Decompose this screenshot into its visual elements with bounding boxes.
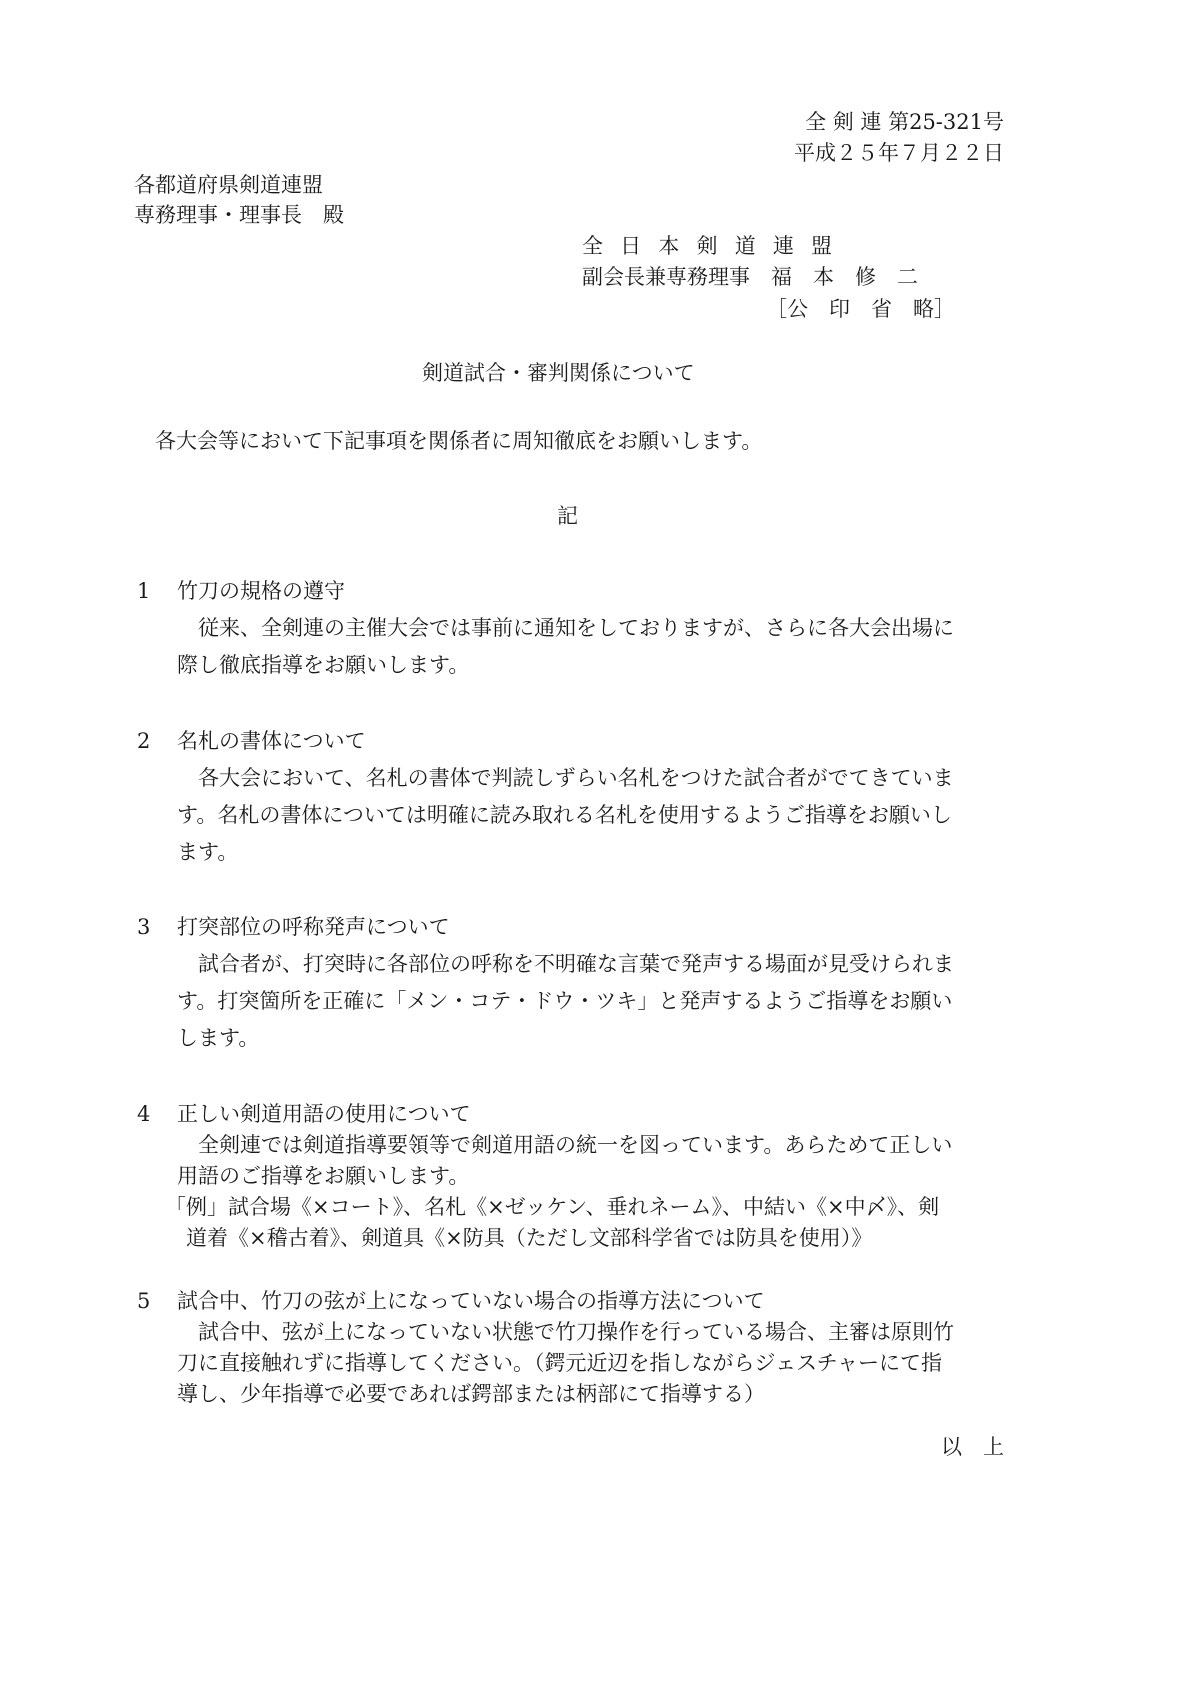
ki-marker: 記 xyxy=(557,506,578,527)
closing-mark: 以 上 xyxy=(941,1437,1004,1458)
item-number: 3 xyxy=(137,917,150,938)
item-body-line: 各大会において、名札の書体で判読しずらい名札をつけた試合者がでてきていま xyxy=(177,768,954,789)
item-body-line: す。打突箇所を正確に「メン・コテ・ドウ・ツキ」と発声するようご指導をお願い xyxy=(177,991,952,1012)
item-body-line: す。名札の書体については明確に読み取れる名札を使用するようご指導をお願いし xyxy=(177,805,952,826)
item-heading: 試合中、竹刀の弦が上になっていない場合の指導方法について xyxy=(177,1291,765,1312)
item-body-line: 用語のご指導をお願いします。 xyxy=(177,1166,469,1187)
item-body-line: します。 xyxy=(177,1028,259,1049)
item-body-line: 導し、少年指導で必要であれば鍔部または柄部にて指導する） xyxy=(177,1384,765,1405)
item-heading: 打突部位の呼称発声について xyxy=(177,917,450,938)
item-number: 2 xyxy=(137,731,150,752)
item-body-line: 際し徹底指導をお願いします。 xyxy=(177,655,469,676)
intro-paragraph: 各大会等において下記事項を関係者に周知徹底をお願いします。 xyxy=(155,431,762,452)
item-number: 5 xyxy=(137,1291,150,1312)
item-body-line: ます。 xyxy=(177,842,238,863)
item-heading: 名札の書体について xyxy=(177,731,366,752)
sender-organization: 全 日 本 剣 道 連 盟 xyxy=(582,236,837,257)
item-number: 4 xyxy=(137,1104,150,1125)
item-example-line: 道着《×稽古着》、剣道具《×防具（ただし文部科学省では防具を使用）》 xyxy=(165,1228,872,1249)
item-number: 1 xyxy=(137,581,150,602)
item-body-line: 刀に直接触れずに指導してください。（鍔元近辺を指しながらジェスチャーにて指 xyxy=(177,1353,942,1374)
sender-title-name: 副会長兼専務理事 福 本 修 二 xyxy=(582,267,918,288)
document-title: 剣道試合・審判関係について xyxy=(422,363,695,384)
item-body-line: 試合者が、打突時に各部位の呼称を不明確な言葉で発声する場面が見受けられま xyxy=(177,954,954,975)
item-body-line: 全剣連では剣道指導要領等で剣道用語の統一を図っています。あらためて正しい xyxy=(177,1135,952,1156)
document-date: 平成２５年７月２２日 xyxy=(794,143,1004,164)
recipient-organization: 各都道府県剣道連盟 xyxy=(134,175,323,196)
item-body-line: 試合中、弦が上になっていない状態で竹刀操作を行っている場合、主審は原則竹 xyxy=(177,1322,954,1343)
item-heading: 正しい剣道用語の使用について xyxy=(177,1104,471,1125)
seal-omitted-note: ［公 印 省 略］ xyxy=(766,299,955,320)
item-example-line: 「例」試合場《×コート》、名札《×ゼッケン、垂れネーム》、中結い《×中〆》、剣 xyxy=(165,1197,939,1218)
item-body-line: 従来、全剣連の主催大会では事前に通知をしておりますが、さらに各大会出場に xyxy=(177,618,954,639)
document-number: 全 剣 連 第25-321号 xyxy=(805,112,1004,133)
item-heading: 竹刀の規格の遵守 xyxy=(177,581,345,602)
recipient-title: 専務理事・理事長 殿 xyxy=(134,205,344,226)
